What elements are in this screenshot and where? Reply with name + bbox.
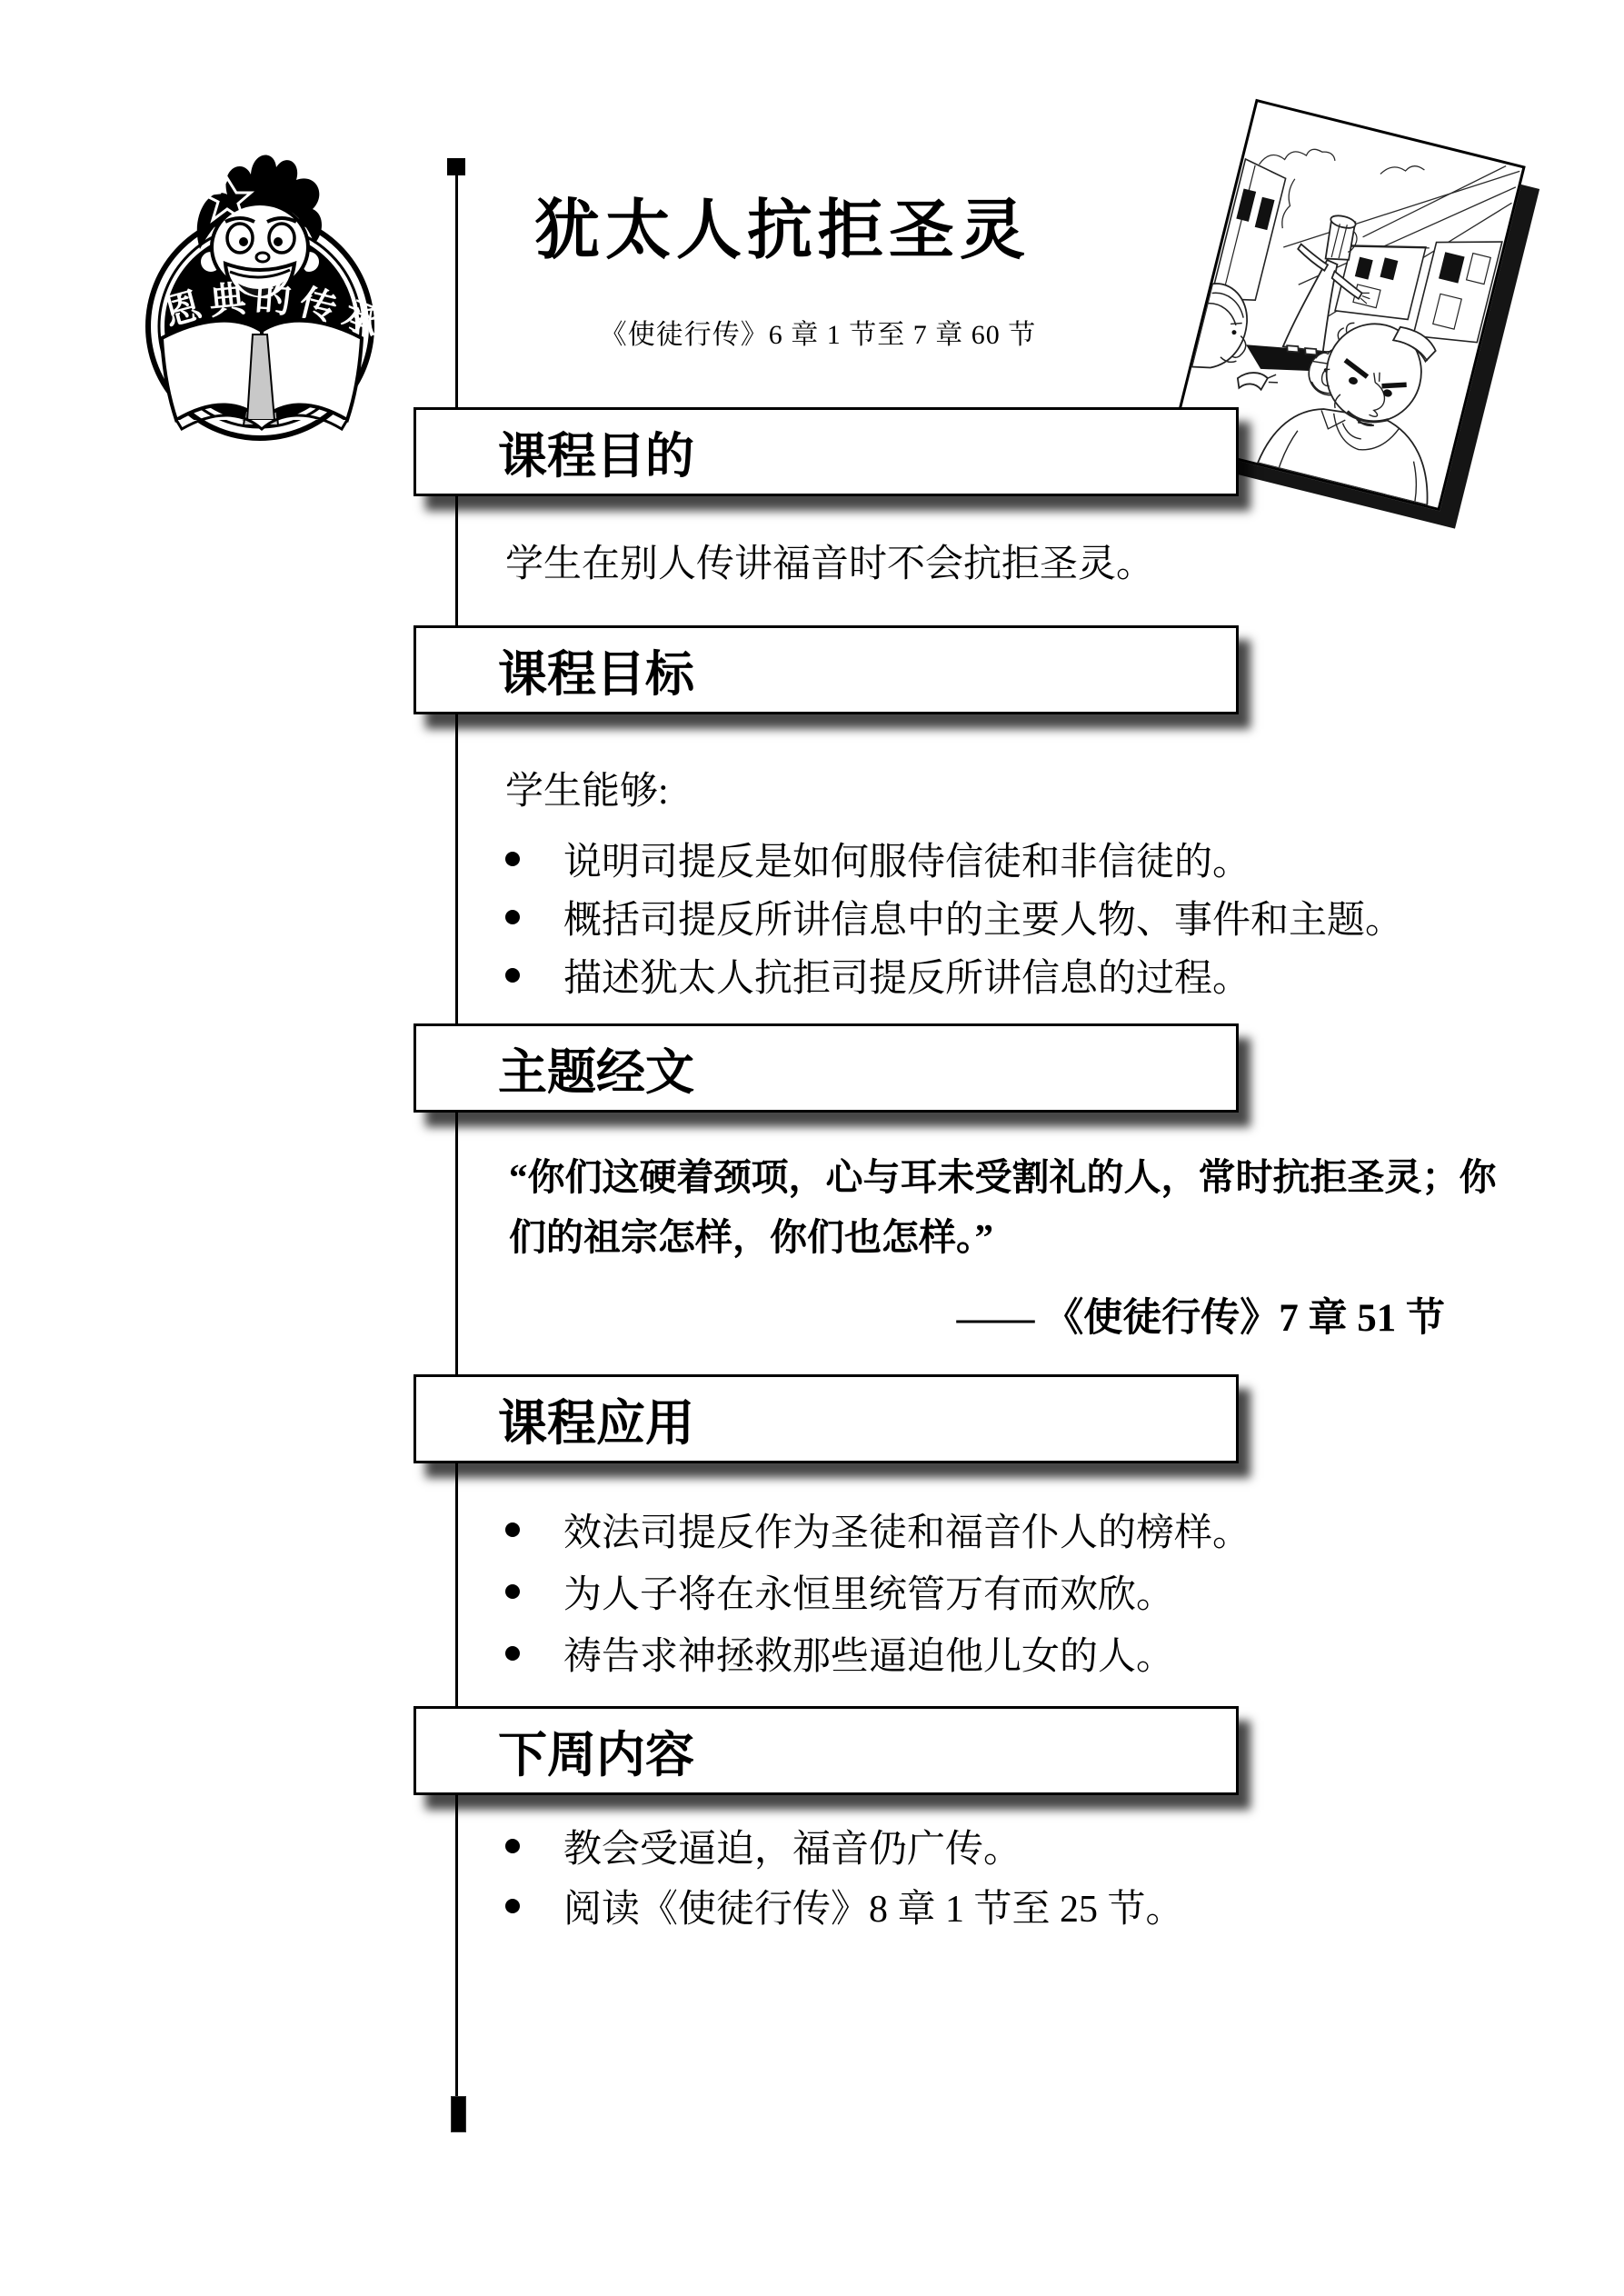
paragraph-text: 学生在别人传讲福音时不会抗拒圣灵。 [505,534,1154,588]
lesson-page: 恩典的传承 犹太人抗拒圣灵 《使徒行传》6 章 1 节至 7 章 60 节 [0,0,1624,2296]
timeline-bottom-cap [451,2096,466,2132]
scripture-attribution: —— 《使徒行传》7 章 51 节 [509,1287,1445,1343]
bullet-icon [505,1646,520,1661]
section-box-course-purpose: 课程目的 [413,407,1239,496]
page-subtitle: 《使徒行传》6 章 1 节至 7 章 60 节 [436,320,1200,350]
bullet-icon [505,1839,520,1853]
bullet-icon [505,1584,520,1599]
quote-line: “你们这硬着颈项，心与耳未受割礼的人，常时抗拒圣灵；你 [509,1147,1545,1207]
section-box-next-week: 下周内容 [413,1706,1239,1795]
bullet-text: 概括司提反所讲信息中的主要人物、事件和主题。 [563,890,1403,944]
section-box-course-application: 课程应用 [413,1374,1239,1463]
bullet-text: 为人子将在永恒里统管万有而欢欣。 [563,1564,1174,1619]
section-box-course-objectives: 课程目标 [413,625,1239,714]
lead-text: 学生能够: [505,761,669,815]
bullet-text: 说明司提反是如何服侍信徒和非信徒的。 [563,832,1250,886]
bullet-icon [505,968,520,983]
section-heading: 课程目标 [498,635,694,705]
bullet-item: 描述犹太人抗拒司提反所讲信息的过程。 [505,953,1250,997]
bullet-text: 阅读《使徒行传》8 章 1 节至 25 节。 [563,1879,1184,1933]
bullet-item: 为人子将在永恒里统管万有而欢欣。 [505,1570,1174,1613]
open-book-icon [162,321,362,429]
page-title: 犹太人抗拒圣灵 [413,198,1151,264]
bullet-item: 说明司提反是如何服侍信徒和非信徒的。 [505,837,1250,881]
bullet-text: 祷告求神拯救那些逼迫他儿女的人。 [563,1626,1174,1681]
objectives-lead: 学生能够: [505,766,669,810]
section-heading: 课程应用 [498,1384,694,1454]
bullet-text: 教会受逼迫，福音仍广传。 [563,1819,1021,1873]
grace-heritage-logo: 恩典的传承 [136,147,387,444]
section-heading: 下周内容 [498,1716,694,1786]
bullet-icon [505,1522,520,1537]
section-box-theme-scripture: 主题经文 [413,1023,1239,1113]
bullet-text: 效法司提反作为圣徒和福音仆人的榜样。 [563,1502,1250,1557]
bullet-item: 教会受逼迫，福音仍广传。 [505,1824,1021,1868]
bullet-item: 祷告求神拯救那些逼迫他儿女的人。 [505,1632,1174,1675]
bullet-item: 阅读《使徒行传》8 章 1 节至 25 节。 [505,1884,1184,1928]
bullet-icon [505,910,520,924]
quote-line: 们的祖宗怎样，你们也怎样。” [509,1207,1545,1267]
bullet-item: 效法司提反作为圣徒和福音仆人的榜样。 [505,1508,1250,1552]
bullet-item: 概括司提反所讲信息中的主要人物、事件和主题。 [505,895,1403,939]
bullet-text: 描述犹太人抗拒司提反所讲信息的过程。 [563,948,1250,1003]
scripture-quote: “你们这硬着颈项，心与耳未受割礼的人，常时抗拒圣灵；你 们的祖宗怎样，你们也怎样… [509,1147,1545,1267]
section-heading: 课程目的 [498,417,694,487]
bullet-icon [505,1899,520,1913]
section-heading: 主题经文 [498,1033,694,1103]
purpose-paragraph: 学生在别人传讲福音时不会抗拒圣灵。 [505,539,1154,583]
bullet-icon [505,852,520,866]
